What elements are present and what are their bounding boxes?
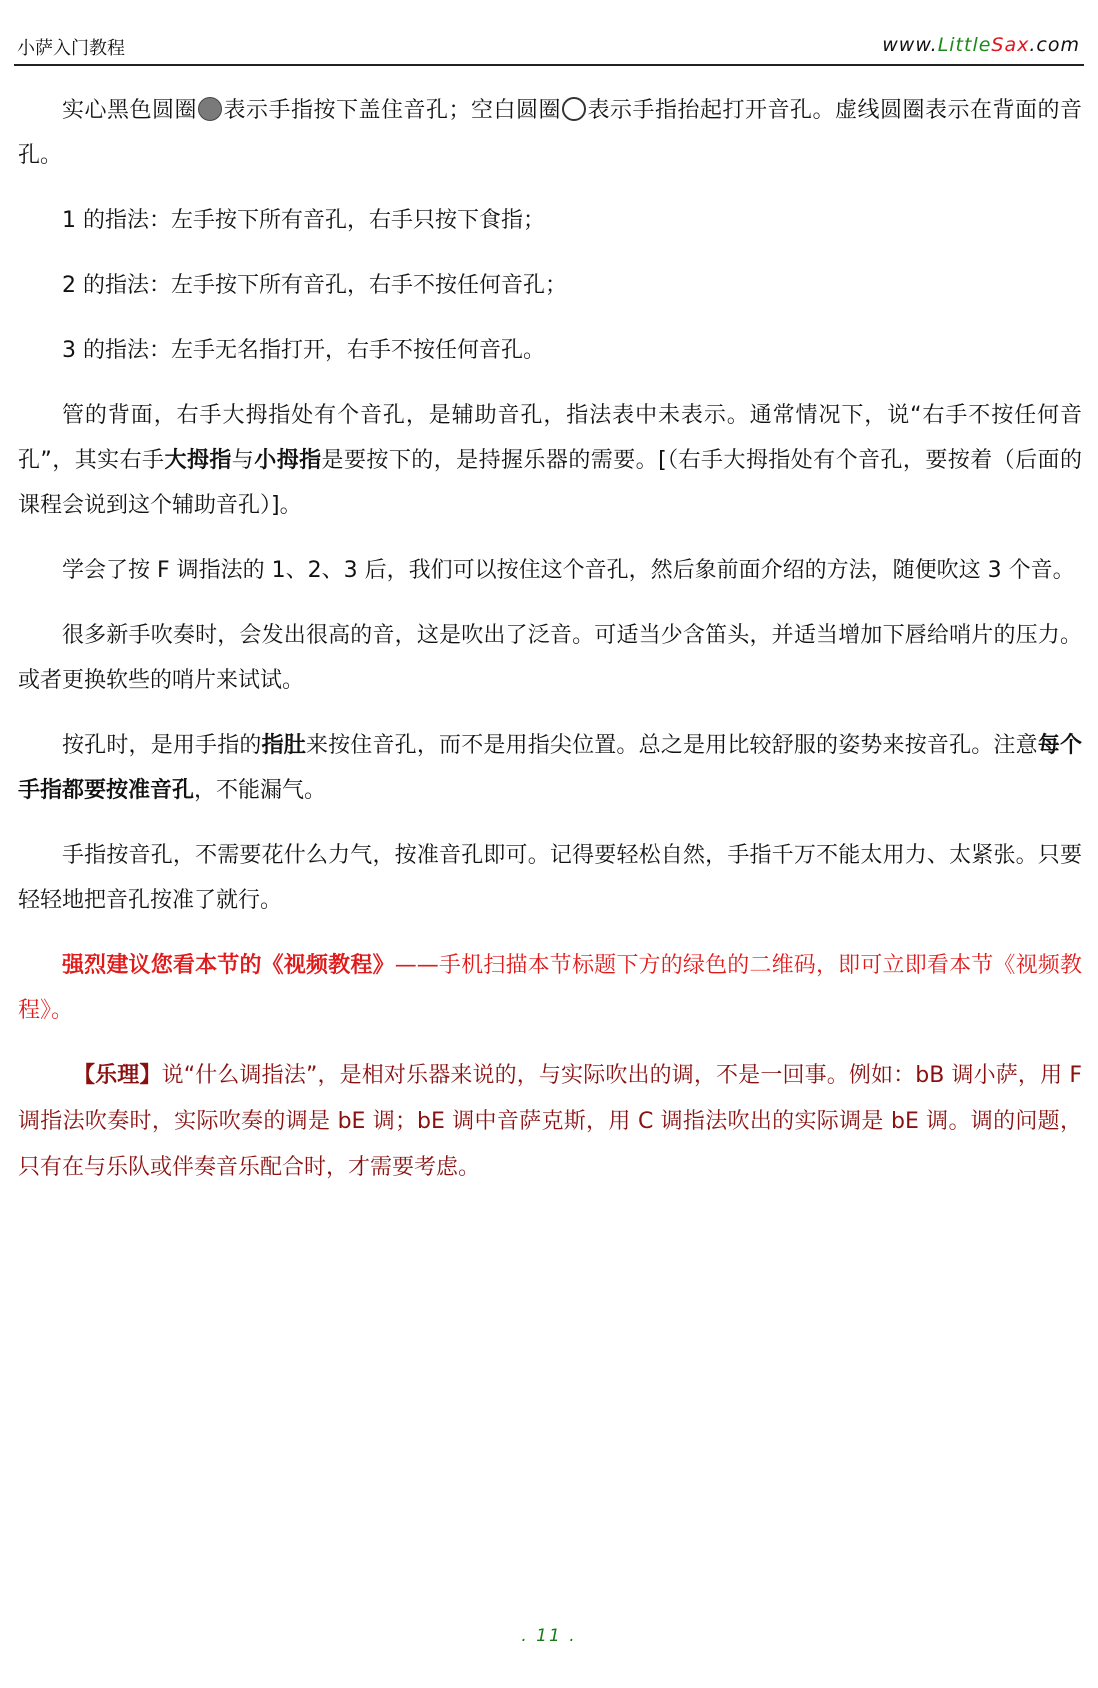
- legend-text-b: 表示手指按下盖住音孔；空白圆圈: [223, 98, 561, 123]
- legend-text-a: 实心黑色圆圈: [62, 98, 197, 123]
- pressing-text-e: ，不能漏气。: [194, 778, 326, 803]
- site-name-red: Sax: [991, 34, 1029, 56]
- document-title: 小萨入门教程: [17, 34, 125, 60]
- music-theory-note: 【乐理】说“什么调指法”，是相对乐器来说的，与实际吹出的调，不是一回事。例如：b…: [18, 1053, 1082, 1191]
- paragraph-fingering-2: 2 的指法：左手按下所有音孔，右手不按任何音孔；: [18, 263, 1082, 308]
- site-suffix: .com: [1029, 34, 1080, 56]
- paragraph-overtone: 很多新手吹奏时，会发出很高的音，这是吹出了泛音。可适当少含笛头，并适当增加下唇给…: [18, 613, 1082, 703]
- paragraph-legend: 实心黑色圆圈表示手指按下盖住音孔；空白圆圈表示手指抬起打开音孔。虚线圆圈表示在背…: [18, 88, 1082, 178]
- site-url[interactable]: www.LittleSax.com: [882, 34, 1080, 56]
- paragraph-practice: 学会了按 F 调指法的 1、2、3 后，我们可以按住这个音孔，然后象前面介绍的方…: [18, 548, 1082, 593]
- filled-circle-icon: [198, 97, 222, 121]
- pressing-text-c: 来按住音孔，而不是用指尖位置。总之是用比较舒服的姿势来按音孔。注意: [306, 733, 1038, 758]
- video-notice-bold: 强烈建议您看本节的《视频教程》: [62, 953, 395, 978]
- back-hole-text-c: 与: [232, 448, 254, 473]
- paragraph-fingering-1: 1 的指法：左手按下所有音孔，右手只按下食指；: [18, 198, 1082, 243]
- pressing-bold-pad: 指肚: [262, 733, 306, 758]
- back-hole-bold-thumb: 大拇指: [164, 448, 231, 473]
- paragraph-back-hole: 管的背面，右手大拇指处有个音孔，是辅助音孔，指法表中未表示。通常情况下，说“右手…: [18, 393, 1082, 528]
- pressing-text-a: 按孔时，是用手指的: [62, 733, 262, 758]
- music-theory-tag: 【乐理】: [73, 1063, 162, 1088]
- open-circle-icon: [562, 97, 586, 121]
- paragraph-relax: 手指按音孔，不需要花什么力气，按准音孔即可。记得要轻松自然，手指千万不能太用力、…: [18, 833, 1082, 923]
- music-theory-text: 说“什么调指法”，是相对乐器来说的，与实际吹出的调，不是一回事。例如：bB 调小…: [18, 1063, 1082, 1180]
- paragraph-pressing: 按孔时，是用手指的指肚来按住音孔，而不是用指尖位置。总之是用比较舒服的姿势来按音…: [18, 723, 1082, 813]
- page-header: 小萨入门教程 www.LittleSax.com: [14, 30, 1084, 66]
- video-notice: 强烈建议您看本节的《视频教程》——手机扫描本节标题下方的绿色的二维码，即可立即看…: [18, 943, 1082, 1033]
- back-hole-bold-pinky: 小拇指: [254, 448, 321, 473]
- paragraph-fingering-3: 3 的指法：左手无名指打开，右手不按任何音孔。: [18, 328, 1082, 373]
- site-name-green: Little: [938, 34, 992, 56]
- page-number: . 11 .: [0, 1626, 1098, 1646]
- site-prefix: www.: [882, 34, 937, 56]
- page-content: 实心黑色圆圈表示手指按下盖住音孔；空白圆圈表示手指抬起打开音孔。虚线圆圈表示在背…: [18, 88, 1082, 1191]
